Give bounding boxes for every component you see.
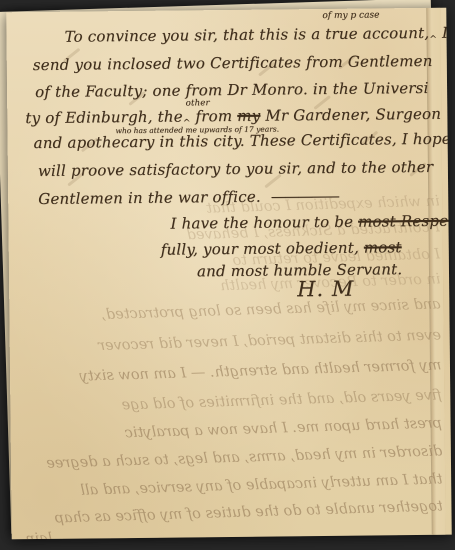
letter-line: fully, your most obedient, most (161, 238, 402, 259)
letter-line: send you inclosed two Certificates from … (33, 52, 433, 74)
letter-text: Mr Gardener, Surgeon (265, 105, 441, 125)
letter-line: and apothecary in this city. These Certi… (34, 130, 451, 152)
bleedthrough-line: prest hard upon me. I have now a paralyt… (19, 415, 442, 444)
letter-line: I have the honour to be most Respect (170, 212, 451, 233)
struck-phrase: most Respect (358, 212, 452, 231)
letter-line: To convince you sir, that this is a true… (64, 24, 448, 49)
letter-text: ty of Edinburgh, the (25, 107, 183, 127)
letter-text: Gentlemen in the war office. (38, 188, 261, 208)
flourish-rule: ————— (271, 187, 339, 206)
photo-stage: in which expedition I could that I contr… (0, 0, 455, 550)
letter-line: will proove satisfactory to you sir, and… (38, 158, 433, 180)
bleedthrough-line: and since my life has been so long protr… (18, 296, 441, 325)
marginal-note: of my p case (322, 10, 379, 21)
bleedthrough-line: even to this distant period, I never did… (18, 327, 441, 356)
letter-text: I have the honour to be (170, 213, 353, 233)
struck-word: my (237, 107, 260, 125)
bleedthrough-line: disorder in my head, arms, and legs, to … (20, 443, 443, 472)
letter-line: of the Faculty; one from Dr Monro. in th… (35, 79, 429, 101)
letter-text: from (195, 107, 232, 125)
letter-page: in which expedition I could that I contr… (6, 8, 451, 540)
letter-line: Gentlemen in the war office.————— (38, 187, 338, 208)
signature: H. M (297, 277, 354, 302)
letter-text: I (442, 24, 448, 42)
letter-text: fully, your most obedient, (161, 239, 359, 259)
bleedthrough-line: five years old, and the infirmities of o… (19, 387, 442, 416)
bleedthrough-line: that I am utterly incapable of any servi… (20, 471, 443, 500)
letter-text: To convince you sir, that this is a true… (64, 24, 429, 46)
bleedthrough-line: my former health and strength. — I am no… (19, 357, 442, 386)
caret-mark: ^ (429, 35, 437, 45)
inserted-word: other (186, 98, 210, 108)
struck-word: most (364, 238, 402, 256)
